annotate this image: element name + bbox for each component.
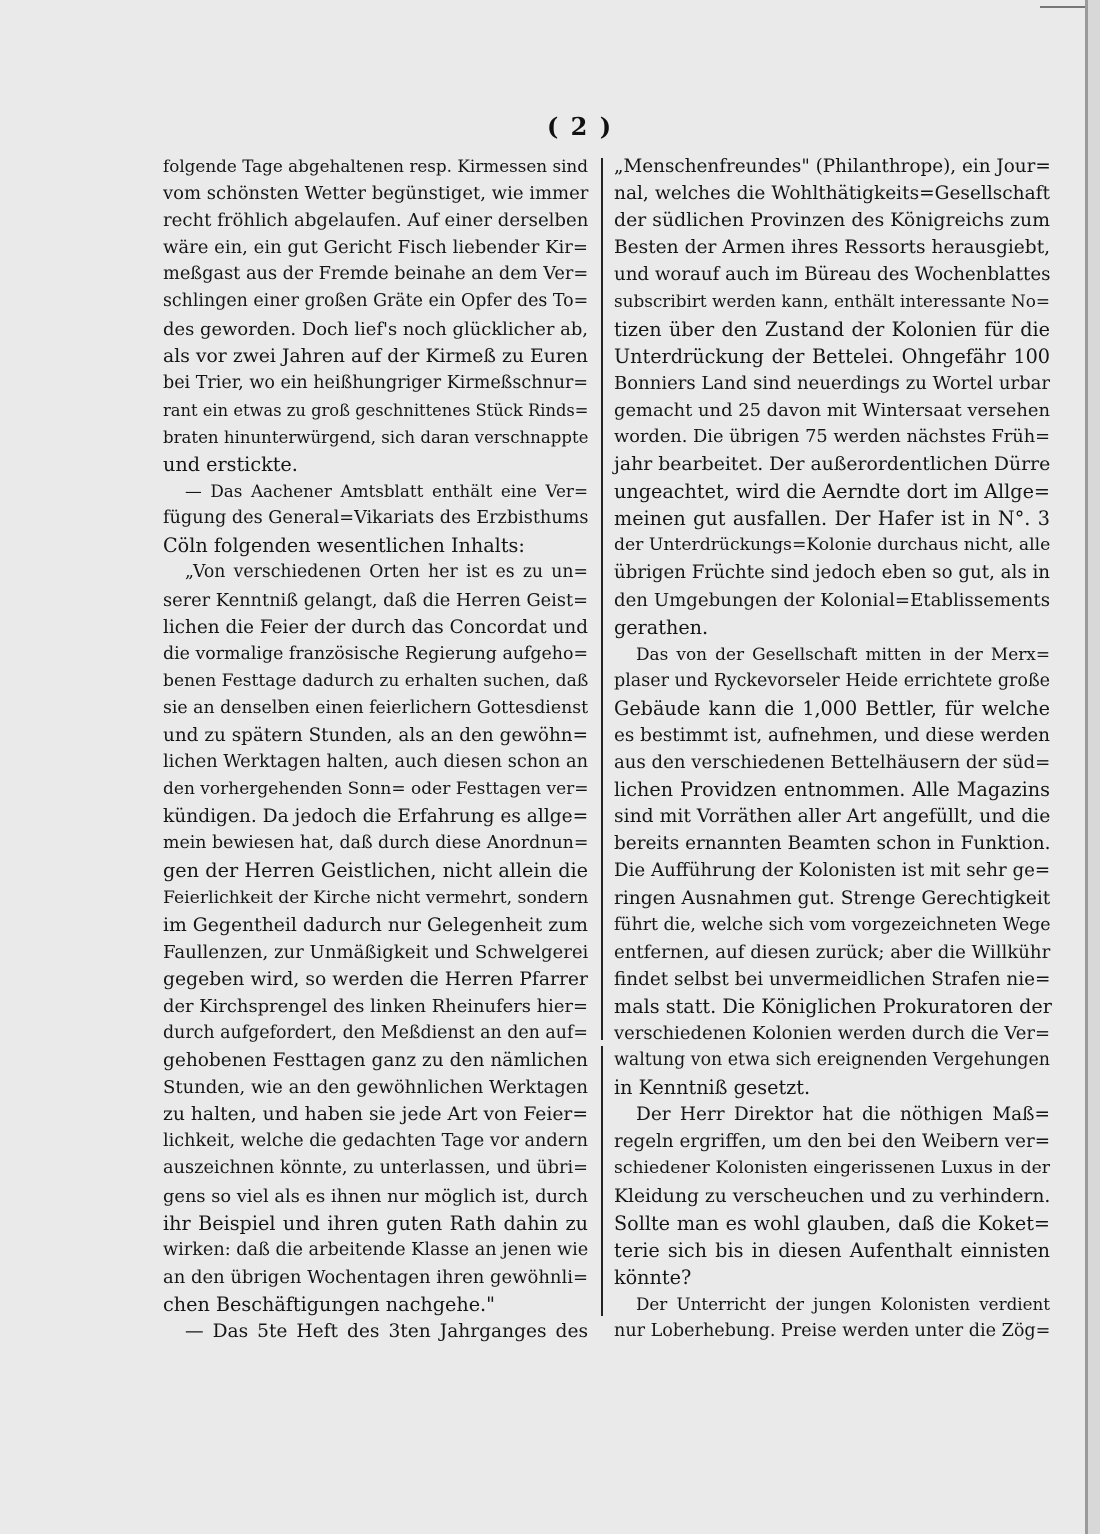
- text-line: gegeben wird, so werden die Herren Pfarr…: [163, 966, 588, 993]
- paragraph-start-unterricht: Der Unterricht der jungen Kolonisten ver…: [614, 1291, 1050, 1318]
- left-text-column: folgende Tage abgehaltenen resp. Kirmess…: [163, 153, 588, 1345]
- text-line: Gebäude kann die 1,000 Bettler, für welc…: [614, 695, 1050, 722]
- text-line: schiedener Kolonisten eingerissenen Luxu…: [614, 1155, 1050, 1182]
- text-line: lichen die Feier der durch das Concordat…: [163, 614, 588, 641]
- text-line: ihr Beispiel und ihren guten Rath dahin …: [163, 1210, 588, 1237]
- text-line: lichen Providzen entnommen. Alle Magazin…: [614, 776, 1050, 803]
- text-line: gens so viel als es ihnen nur möglich is…: [163, 1183, 588, 1210]
- text-line: auszeichnen könnte, zu unterlassen, und …: [163, 1155, 588, 1182]
- paragraph-start-gesellschaft: Das von der Gesellschaft mitten in der M…: [614, 641, 1050, 668]
- text-line: ungeachtet, wird die Aerndte dort im All…: [614, 478, 1050, 505]
- text-line: Unterdrückung der Bettelei. Ohngefähr 10…: [614, 343, 1050, 370]
- column-divider: [601, 158, 603, 1316]
- text-line: und worauf auch im Büreau des Wochenblat…: [614, 261, 1050, 288]
- text-line: fügung des General=Vikariats des Erzbist…: [163, 505, 588, 532]
- text-line: kündigen. Da jedoch die Erfahrung es all…: [163, 803, 588, 830]
- text-line: könnte?: [614, 1264, 1050, 1291]
- text-line: gehobenen Festtagen ganz zu den nämliche…: [163, 1047, 588, 1074]
- text-line: Feierlichkeit der Kirche nicht vermehrt,…: [163, 885, 588, 912]
- text-line: tizen über den Zustand der Kolonien für …: [614, 316, 1050, 343]
- text-line: und zu spätern Stunden, als an den gewöh…: [163, 722, 588, 749]
- text-line: ringen Ausnahmen gut. Strenge Gerechtigk…: [614, 885, 1050, 912]
- text-line: im Gegentheil dadurch nur Gelegenheit zu…: [163, 912, 588, 939]
- text-line: lichkeit, welche die gedachten Tage vor …: [163, 1128, 588, 1155]
- text-line: der Kirchsprengel des linken Rheinufers …: [163, 993, 588, 1020]
- text-line: gen der Herren Geistlichen, nicht allein…: [163, 857, 588, 884]
- text-line: mein bewiesen hat, daß durch diese Anord…: [163, 830, 588, 857]
- text-line: nur Loberhebung. Preise werden unter die…: [614, 1318, 1050, 1345]
- text-line: recht fröhlich abgelaufen. Auf einer der…: [163, 207, 588, 234]
- text-line: sie an denselben einen feierlichern Gott…: [163, 695, 588, 722]
- text-line: findet selbst bei unvermeidlichen Strafe…: [614, 966, 1050, 993]
- text-line: an den übrigen Wochentagen ihren gewöhnl…: [163, 1264, 588, 1291]
- text-line: jahr bearbeitet. Der außerordentlichen D…: [614, 451, 1050, 478]
- text-line: gerathen.: [614, 614, 1050, 641]
- text-line: lichen Werktagen halten, auch diesen sch…: [163, 749, 588, 776]
- text-line: chen Beschäftigungen nachgehe.": [163, 1291, 588, 1318]
- text-line: führt die, welche sich vom vorgezeichnet…: [614, 912, 1050, 939]
- text-line: terie sich bis in diesen Aufenthalt einn…: [614, 1237, 1050, 1264]
- text-line: Cöln folgenden wesentlichen Inhalts:: [163, 532, 588, 559]
- text-line: worden. Die übrigen 75 werden nächstes F…: [614, 424, 1050, 451]
- newspaper-page: ( 2 ) folgende Tage abgehaltenen resp. K…: [0, 0, 1088, 1534]
- text-line: aus den verschiedenen Bettelhäusern der …: [614, 749, 1050, 776]
- text-line: durch aufgefordert, den Meßdienst an den…: [163, 1020, 588, 1047]
- text-line: entfernen, auf diesen zurück; aber die W…: [614, 939, 1050, 966]
- text-line: wäre ein, ein gut Gericht Fisch liebende…: [163, 234, 588, 261]
- text-line: Faullenzen, zur Unmäßigkeit und Schwelge…: [163, 939, 588, 966]
- text-line: gemacht und 25 davon mit Wintersaat vers…: [614, 397, 1050, 424]
- page-corner-mark: [1040, 0, 1090, 8]
- text-line: benen Festtage dadurch zu erhalten suche…: [163, 668, 588, 695]
- text-line: Stunden, wie an den gewöhnlichen Werktag…: [163, 1074, 588, 1101]
- paragraph-start-quotation: „Von verschiedenen Orten her ist es zu u…: [163, 559, 588, 586]
- text-line: übrigen Früchte sind jedoch eben so gut,…: [614, 559, 1050, 586]
- text-line: wirken: daß die arbeitende Klasse an jen…: [163, 1237, 588, 1264]
- text-line: meßgast aus der Fremde beinahe an dem Ve…: [163, 261, 588, 288]
- text-line: Sollte man es wohl glauben, daß die Koke…: [614, 1210, 1050, 1237]
- page-margin-strip: [1088, 0, 1100, 1534]
- text-line: subscribirt werden kann, enthält interes…: [614, 288, 1050, 315]
- column-divider-gap: [601, 1040, 603, 1046]
- text-line: in Kenntniß gesetzt.: [614, 1074, 1050, 1101]
- text-line: nal, welches die Wohlthätigkeits=Gesells…: [614, 180, 1050, 207]
- right-text-column: „Menschenfreundes" (Philanthrope), ein J…: [614, 153, 1050, 1345]
- text-line: mals statt. Die Königlichen Prokuratoren…: [614, 993, 1050, 1020]
- text-line: Die Aufführung der Kolonisten ist mit se…: [614, 857, 1050, 884]
- text-line: meinen gut ausfallen. Der Hafer ist in N…: [614, 505, 1050, 532]
- text-line: folgende Tage abgehaltenen resp. Kirmess…: [163, 153, 588, 180]
- page-number: ( 2 ): [540, 112, 620, 141]
- paragraph-start-aachener-amtsblatt: — Das Aachener Amtsblatt enthält eine Ve…: [163, 478, 588, 505]
- text-line: Besten der Armen ihres Ressorts herausgi…: [614, 234, 1050, 261]
- text-line: Kleidung zu verscheuchen und zu verhinde…: [614, 1183, 1050, 1210]
- text-line: plaser und Ryckevorseler Heide errichtet…: [614, 668, 1050, 695]
- text-line: des geworden. Doch lief's noch glücklich…: [163, 316, 588, 343]
- text-line: serer Kenntniß gelangt, daß die Herren G…: [163, 587, 588, 614]
- text-line: den Umgebungen der Kolonial=Etablissemen…: [614, 587, 1050, 614]
- text-line: schlingen einer großen Gräte ein Opfer d…: [163, 288, 588, 315]
- text-line: Bonniers Land sind neuerdings zu Wortel …: [614, 370, 1050, 397]
- text-line: waltung von etwa sich ereignenden Vergeh…: [614, 1047, 1050, 1074]
- text-line: es bestimmt ist, aufnehmen, und diese we…: [614, 722, 1050, 749]
- text-line: rant ein etwas zu groß geschnittenes Stü…: [163, 397, 588, 424]
- text-line: regeln ergriffen, um den bei den Weibern…: [614, 1128, 1050, 1155]
- text-line: sind mit Vorräthen aller Art angefüllt, …: [614, 803, 1050, 830]
- text-line: den vorhergehenden Sonn= oder Festtagen …: [163, 776, 588, 803]
- text-line: und erstickte.: [163, 451, 588, 478]
- text-line: verschiedenen Kolonien werden durch die …: [614, 1020, 1050, 1047]
- text-line: als vor zwei Jahren auf der Kirmeß zu Eu…: [163, 343, 588, 370]
- text-line: vom schönsten Wetter begünstiget, wie im…: [163, 180, 588, 207]
- text-line: der Unterdrückungs=Kolonie durchaus nich…: [614, 532, 1050, 559]
- paragraph-start-5te-heft: — Das 5te Heft des 3ten Jahrganges des: [163, 1318, 588, 1345]
- paragraph-start-herr-direktor: Der Herr Direktor hat die nöthigen Maß=: [614, 1101, 1050, 1128]
- text-line: braten hinunterwürgend, sich daran versc…: [163, 424, 588, 451]
- text-line: „Menschenfreundes" (Philanthrope), ein J…: [614, 153, 1050, 180]
- text-line: die vormalige französische Regierung auf…: [163, 641, 588, 668]
- text-line: bei Trier, wo ein heißhungriger Kirmeßsc…: [163, 370, 588, 397]
- text-line: bereits ernannten Beamten schon in Funkt…: [614, 830, 1050, 857]
- text-line: zu halten, und haben sie jede Art von Fe…: [163, 1101, 588, 1128]
- text-line: der südlichen Provinzen des Königreichs …: [614, 207, 1050, 234]
